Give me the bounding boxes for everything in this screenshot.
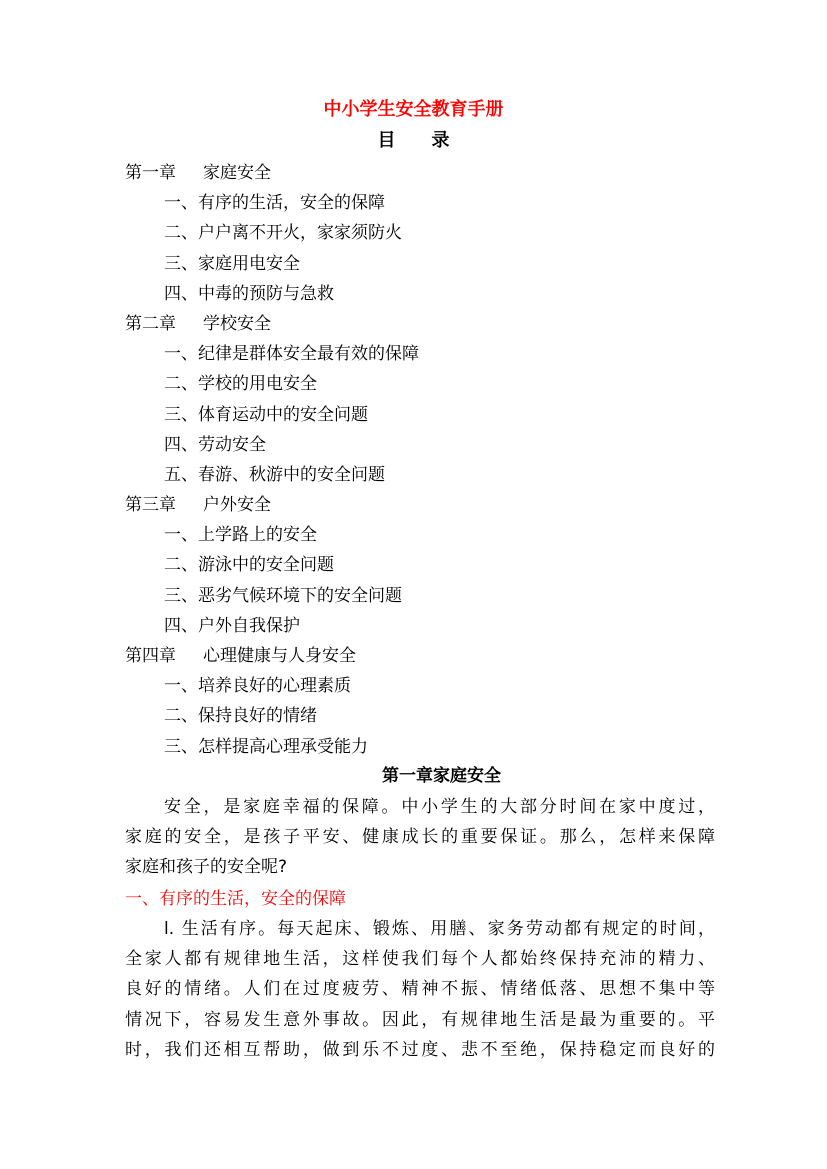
- chapter-number: 第一章: [125, 158, 203, 188]
- toc-section: 二、游泳中的安全问题: [125, 550, 419, 580]
- document-title: 中小学生安全教育手册: [0, 97, 827, 123]
- toc-chapter: 第三章户外安全: [125, 490, 419, 520]
- toc-section: 一、有序的生活，安全的保障: [125, 188, 419, 218]
- toc-title-char-1: 目: [378, 128, 396, 154]
- toc-chapter: 第一章家庭安全: [125, 158, 419, 188]
- chapter-title: 家庭安全: [203, 163, 271, 183]
- toc-title-char-2: 录: [432, 128, 450, 154]
- section-heading: 一、有序的生活，安全的保障: [125, 884, 346, 914]
- toc-section: 一、纪律是群体安全最有效的保障: [125, 339, 419, 369]
- toc-section: 三、体育运动中的安全问题: [125, 400, 419, 430]
- toc-title: 目录: [0, 128, 827, 154]
- toc-section: 四、中毒的预防与急救: [125, 279, 419, 309]
- toc-section: 五、春游、秋游中的安全问题: [125, 460, 419, 490]
- chapter-number: 第二章: [125, 309, 203, 339]
- document-page: 中小学生安全教育手册 目录 第一章家庭安全 一、有序的生活，安全的保障 二、户户…: [0, 0, 827, 1169]
- paragraph-line: 全家人都有规律地生活，这样使我们每个人都始终保持充沛的精力、: [125, 944, 715, 974]
- paragraph-line: 安全，是家庭幸福的保障。中小学生的大部分时间在家中度过，: [125, 792, 715, 822]
- chapter-number: 第四章: [125, 641, 203, 671]
- paragraph-line: 家庭和孩子的安全呢?: [125, 852, 715, 882]
- toc-section: 一、上学路上的安全: [125, 520, 419, 550]
- toc-chapter: 第四章心理健康与人身安全: [125, 641, 419, 671]
- toc-section: 一、培养良好的心理素质: [125, 671, 419, 701]
- table-of-contents: 第一章家庭安全 一、有序的生活，安全的保障 二、户户离不开火，家家须防火 三、家…: [125, 158, 419, 762]
- paragraph-line: 情况下，容易发生意外事故。因此，有规律地生活是最为重要的。平: [125, 1005, 715, 1035]
- paragraph-line: l. 生活有序。每天起床、锻炼、用膳、家务劳动都有规定的时间，: [125, 914, 715, 944]
- chapter-title: 心理健康与人身安全: [203, 646, 356, 666]
- chapter-title: 户外安全: [203, 495, 271, 515]
- toc-section: 三、恶劣气候环境下的安全问题: [125, 581, 419, 611]
- toc-section: 四、户外自我保护: [125, 611, 419, 641]
- toc-section: 二、户户离不开火，家家须防火: [125, 218, 419, 248]
- paragraph-line: 家庭的安全，是孩子平安、健康成长的重要保证。那么，怎样来保障: [125, 822, 715, 852]
- toc-chapter: 第二章学校安全: [125, 309, 419, 339]
- section-paragraph: l. 生活有序。每天起床、锻炼、用膳、家务劳动都有规定的时间， 全家人都有规律地…: [125, 914, 715, 1065]
- paragraph-line: 时，我们还相互帮助，做到乐不过度、悲不至绝，保持稳定而良好的: [125, 1035, 715, 1065]
- toc-section: 三、怎样提高心理承受能力: [125, 732, 419, 762]
- chapter-title: 学校安全: [203, 314, 271, 334]
- toc-section: 二、保持良好的情绪: [125, 701, 419, 731]
- paragraph-line: 良好的情绪。人们在过度疲劳、精神不振、情绪低落、思想不集中等: [125, 974, 715, 1004]
- intro-paragraph: 安全，是家庭幸福的保障。中小学生的大部分时间在家中度过， 家庭的安全，是孩子平安…: [125, 792, 715, 883]
- chapter-number: 第三章: [125, 490, 203, 520]
- toc-section: 二、学校的用电安全: [125, 369, 419, 399]
- toc-section: 三、家庭用电安全: [125, 249, 419, 279]
- chapter-heading: 第一章家庭安全: [0, 763, 827, 789]
- toc-section: 四、劳动安全: [125, 430, 419, 460]
